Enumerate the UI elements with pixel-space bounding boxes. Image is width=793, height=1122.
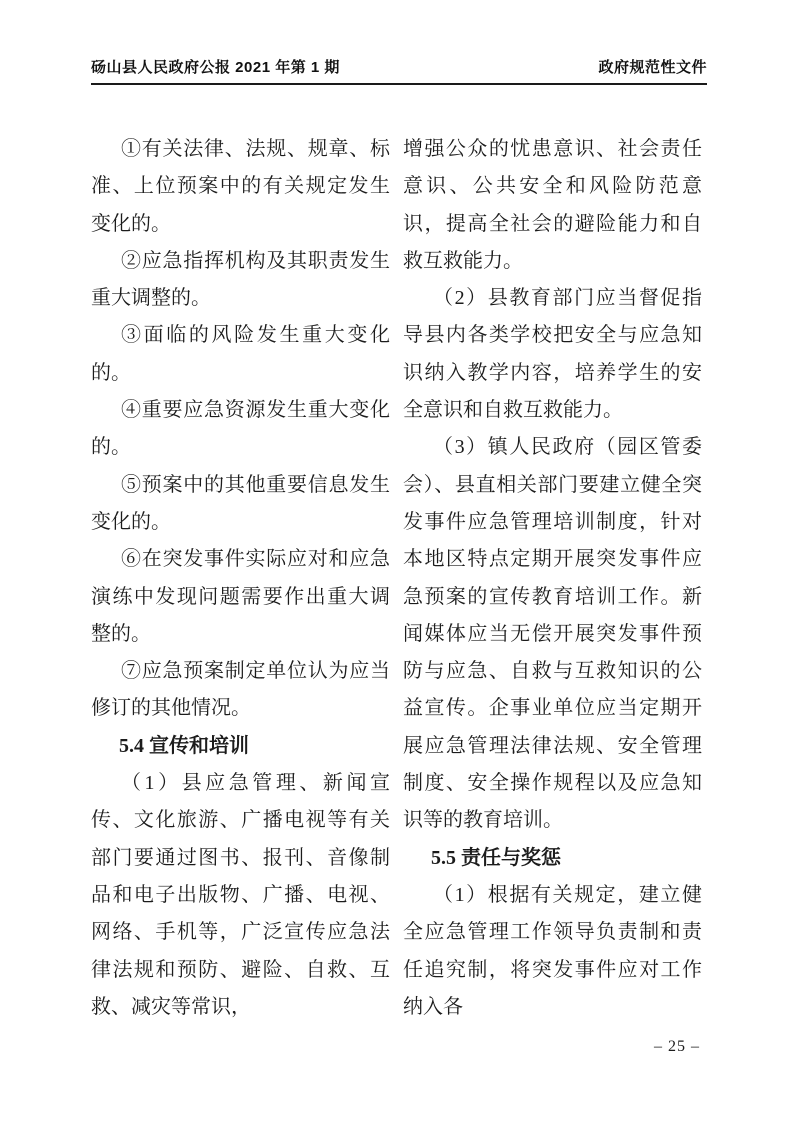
page-header: 砀山县人民政府公报 2021 年第 1 期 政府规范性文件 xyxy=(91,56,707,85)
paragraph: ⑥在突发事件实际应对和应急演练中发现问题需要作出重大调整的。 xyxy=(91,541,390,653)
paragraph: ④重要应急资源发生重大变化的。 xyxy=(91,392,390,467)
section-heading: 5.4 宣传和培训 xyxy=(91,728,390,765)
paragraph: ②应急指挥机构及其职责发生重大调整的。 xyxy=(91,243,390,318)
page-footer: – 25 – xyxy=(654,1038,700,1056)
paragraph: ⑦应急预案制定单位认为应当修订的其他情况。 xyxy=(91,653,390,728)
section-heading: 5.5 责任与奖惩 xyxy=(403,840,702,877)
paragraph: （1）根据有关规定，建立健全应急管理工作领导负责制和责任追究制，将突发事件应对工… xyxy=(403,877,702,1026)
gazette-title: 砀山县人民政府公报 2021 年第 1 期 xyxy=(91,56,340,77)
paragraph: 增强公众的忧患意识、社会责任意识、公共安全和风险防范意识，提高全社会的避险能力和… xyxy=(403,131,702,280)
gazette-document-page: 砀山县人民政府公报 2021 年第 1 期 政府规范性文件 ①有关法律、法规、规… xyxy=(0,0,793,1122)
page-number: – 25 – xyxy=(654,1038,700,1055)
paragraph: ⑤预案中的其他重要信息发生变化的。 xyxy=(91,467,390,542)
paragraph: ③面临的风险发生重大变化的。 xyxy=(91,317,390,392)
document-body: ①有关法律、法规、规章、标准、上位预案中的有关规定发生变化的。②应急指挥机构及其… xyxy=(91,131,702,1026)
right-column: 增强公众的忧患意识、社会责任意识、公共安全和风险防范意识，提高全社会的避险能力和… xyxy=(403,131,702,1026)
left-column: ①有关法律、法规、规章、标准、上位预案中的有关规定发生变化的。②应急指挥机构及其… xyxy=(91,131,390,1026)
paragraph: ①有关法律、法规、规章、标准、上位预案中的有关规定发生变化的。 xyxy=(91,131,390,243)
paragraph: （2）县教育部门应当督促指导县内各类学校把安全与应急知识纳入教学内容，培养学生的… xyxy=(403,280,702,429)
paragraph: （3）镇人民政府（园区管委会）、县直相关部门要建立健全突发事件应急管理培训制度，… xyxy=(403,429,702,839)
paragraph: （1）县应急管理、新闻宣传、文化旅游、广播电视等有关部门要通过图书、报刊、音像制… xyxy=(91,765,390,1026)
document-category-label: 政府规范性文件 xyxy=(598,56,707,77)
